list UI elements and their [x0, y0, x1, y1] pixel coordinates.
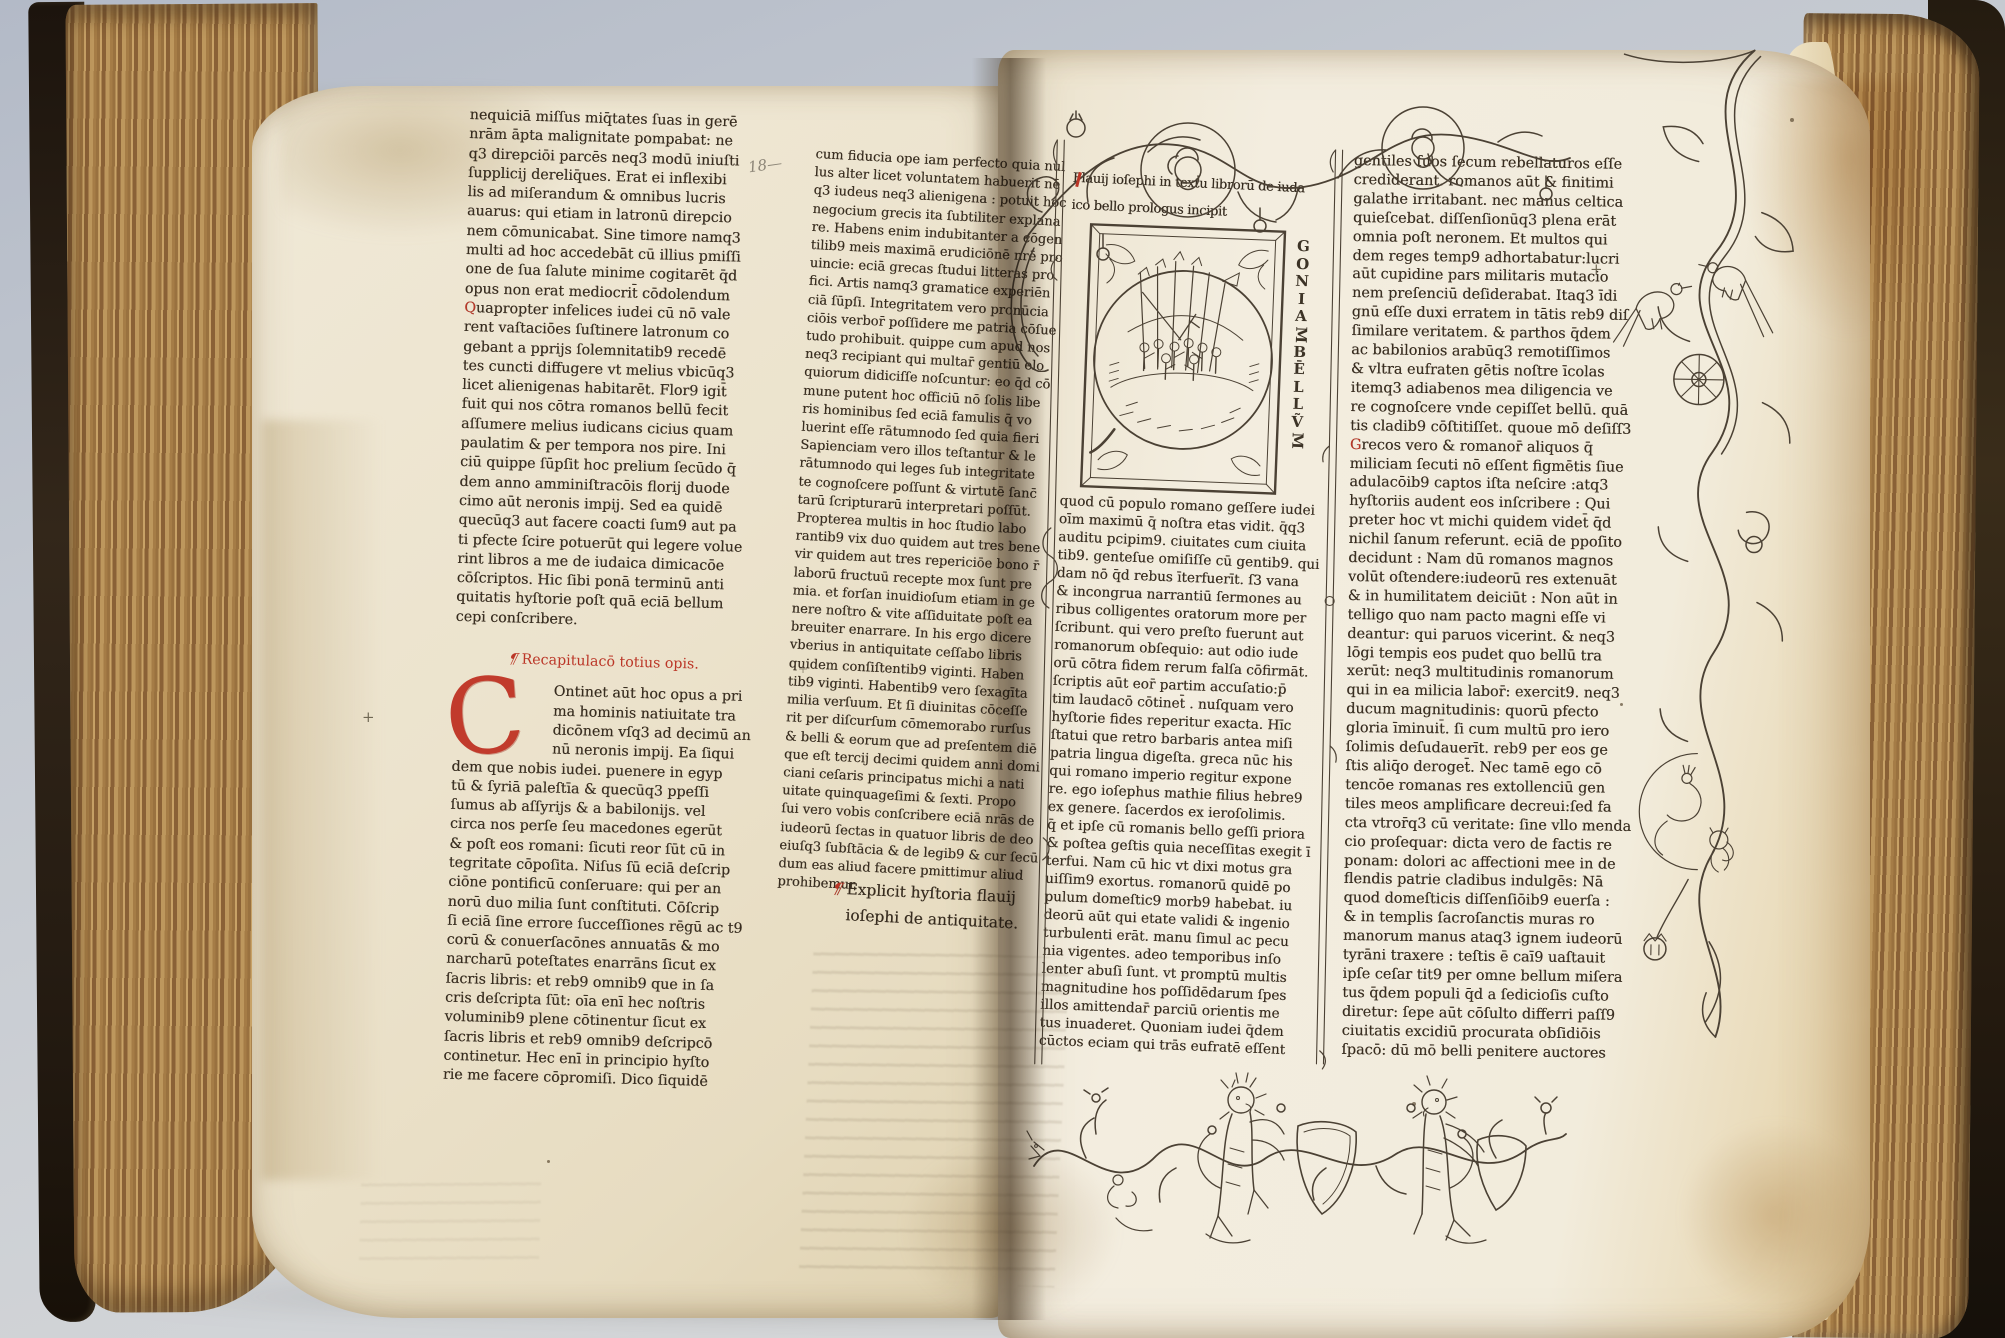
- ink-speck: [547, 1160, 550, 1163]
- printed-capital-letter: Ṽ: [1288, 414, 1307, 432]
- full-width-lines: dem que nobis iudei. puenere in egyptū &…: [443, 757, 730, 1093]
- top-acanthus-frieze-icon: [998, 42, 1578, 372]
- right-acanthus-border-icon: [1587, 40, 1860, 1049]
- printed-capital-letter: M: [1288, 431, 1306, 450]
- printed-capital-letter: L: [1289, 378, 1308, 396]
- show-through-text: [359, 1178, 541, 1273]
- marginal-cross-mark: +: [362, 708, 375, 726]
- marginal-cross-mark: +: [798, 662, 808, 676]
- explicit-colophon: ¶Explicit hyſtoria flauij ioſephi de ant…: [831, 875, 1020, 936]
- red-lombard-initial-C: C: [442, 668, 528, 766]
- photograph-of-open-incunable: { "scene": { "description": "Photograph …: [0, 0, 2005, 1338]
- printed-capital-letter: L: [1289, 396, 1308, 414]
- bottom-lions-border-icon: [1026, 1038, 1571, 1263]
- antiquities-closing-paragraph: nequiciā miſſus miq̄tates ſuas in gerēnr…: [455, 106, 747, 635]
- left-page-column-1: nequiciā miſſus miq̄tates ſuas in gerēnr…: [443, 106, 748, 1093]
- rubric-heading-text: Recapitulacō totius opis.: [521, 652, 699, 673]
- right-page-column-a: quod cū populo romano geſſere iudeioīm m…: [1039, 492, 1312, 1059]
- recapitulatio-paragraph: C Ontinet aūt hoc opus a prima hominis n…: [443, 680, 732, 1093]
